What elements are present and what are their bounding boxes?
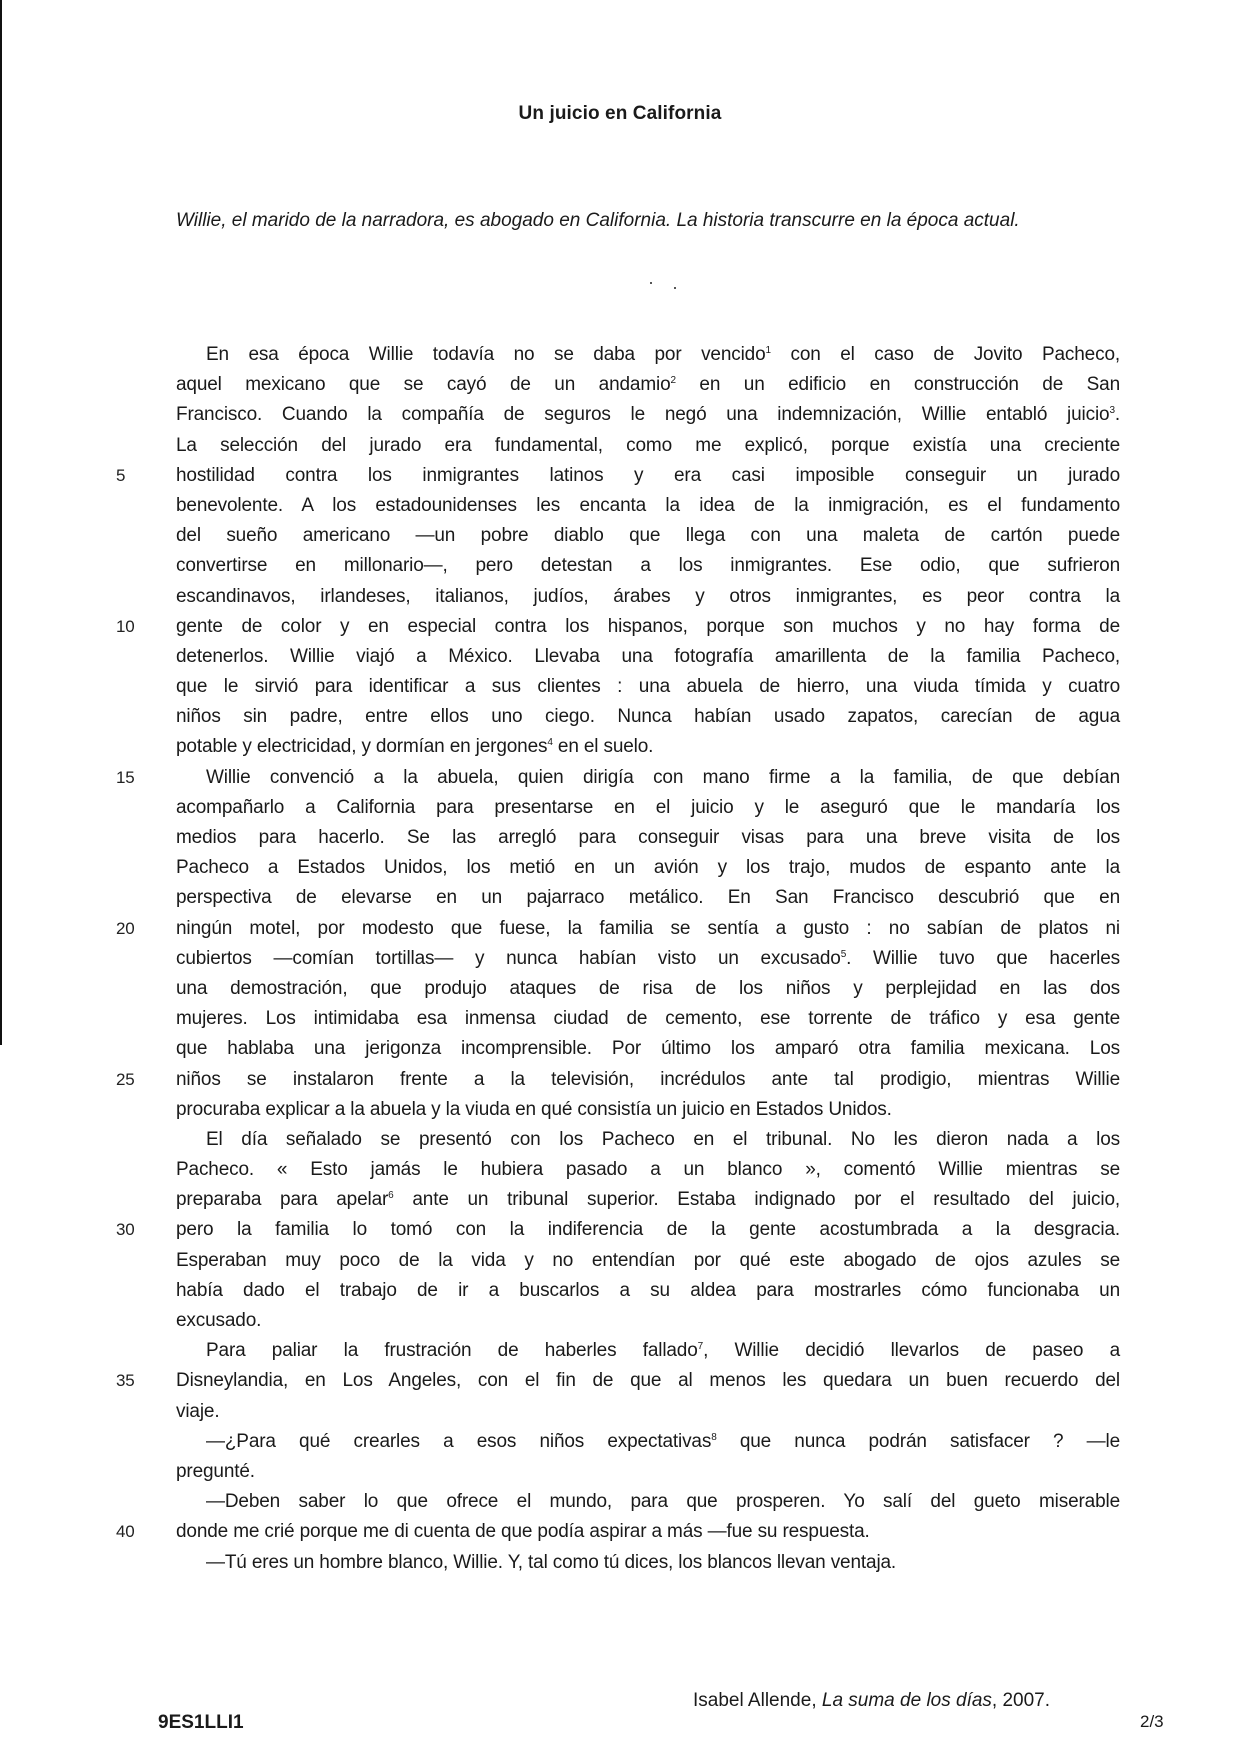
text-segment: pregunté.: [176, 1461, 255, 1482]
text-segment: En esa época Willie todavía no se daba p…: [206, 344, 766, 365]
text-segment: hostilidad contra los inmigrantes latino…: [176, 465, 1120, 486]
text-line: 25niños se instalaron frente a la televi…: [176, 1065, 1120, 1095]
text-line: 35Disneylandia, en Los Angeles, con el f…: [176, 1366, 1120, 1396]
text-line: que hablaba una jerigonza incomprensible…: [176, 1034, 1120, 1064]
text-segment: mujeres. Los intimidaba esa inmensa ciud…: [176, 1008, 1120, 1029]
scan-speck: [674, 287, 676, 289]
text-line: 30pero la familia lo tomó con la indifer…: [176, 1215, 1120, 1245]
text-segment: Pacheco. « Esto jamás le hubiera pasado …: [176, 1159, 1120, 1180]
source-citation: Isabel Allende, La suma de los días, 200…: [693, 1690, 1050, 1712]
text-line: Francisco. Cuando la compañía de seguros…: [176, 400, 1120, 430]
text-segment: gente de color y en especial contra los …: [176, 616, 1120, 637]
text-line: una demostración, que produjo ataques de…: [176, 974, 1120, 1004]
text-segment: perspectiva de elevarse en un pajarraco …: [176, 887, 1120, 908]
intro-paragraph: Willie, el marido de la narradora, es ab…: [176, 206, 1120, 236]
page-number: 2/3: [1140, 1712, 1164, 1732]
text-segment: Pacheco a Estados Unidos, los metió en u…: [176, 857, 1120, 878]
text-line: —Deben saber lo que ofrece el mundo, par…: [176, 1487, 1120, 1517]
source-year: , 2007.: [992, 1690, 1050, 1711]
text-line: Esperaban muy poco de la vida y no enten…: [176, 1246, 1120, 1276]
text-line: —¿Para qué crearles a esos niños expecta…: [176, 1427, 1120, 1457]
text-segment: benevolente. A los estadounidenses les e…: [176, 495, 1120, 516]
text-line: detenerlos. Willie viajó a México. Lleva…: [176, 642, 1120, 672]
text-segment: medios para hacerlo. Se las arregló para…: [176, 827, 1120, 848]
text-segment: que nunca podrán satisfacer ? —le: [717, 1431, 1120, 1452]
text-segment: que hablaba una jerigonza incomprensible…: [176, 1038, 1120, 1059]
text-segment: aquel mexicano que se cayó de un andamio: [176, 374, 671, 395]
text-segment: procuraba explicar a la abuela y la viud…: [176, 1099, 892, 1120]
text-segment: detenerlos. Willie viajó a México. Lleva…: [176, 646, 1120, 667]
text-segment: niños se instalaron frente a la televisi…: [176, 1069, 1120, 1090]
text-segment: excusado.: [176, 1310, 261, 1331]
text-segment: una demostración, que produjo ataques de…: [176, 978, 1120, 999]
document-title: Un juicio en California: [0, 103, 1240, 125]
text-line: 15Willie convenció a la abuela, quien di…: [176, 763, 1120, 793]
text-segment: viaje.: [176, 1401, 219, 1422]
text-line: En esa época Willie todavía no se daba p…: [176, 340, 1120, 370]
text-line: medios para hacerlo. Se las arregló para…: [176, 823, 1120, 853]
line-number: 25: [116, 1065, 146, 1095]
text-line: aquel mexicano que se cayó de un andamio…: [176, 370, 1120, 400]
text-segment: pero la familia lo tomó con la indiferen…: [176, 1219, 1120, 1240]
line-number: 15: [116, 763, 146, 793]
text-line: cubiertos —comían tortillas— y nunca hab…: [176, 944, 1120, 974]
text-line: Pacheco a Estados Unidos, los metió en u…: [176, 853, 1120, 883]
text-segment: La selección del jurado era fundamental,…: [176, 435, 1120, 456]
text-segment: Esperaban muy poco de la vida y no enten…: [176, 1250, 1120, 1271]
text-segment: del sueño americano —un pobre diablo que…: [176, 525, 1120, 546]
text-segment: Francisco. Cuando la compañía de seguros…: [176, 404, 1109, 425]
text-line: que le sirvió para identificar a sus cli…: [176, 672, 1120, 702]
text-line: 5hostilidad contra los inmigrantes latin…: [176, 461, 1120, 491]
text-line: 40donde me crié porque me di cuenta de q…: [176, 1517, 1120, 1547]
text-line: —Tú eres un hombre blanco, Willie. Y, ta…: [176, 1548, 1120, 1578]
text-line: Pacheco. « Esto jamás le hubiera pasado …: [176, 1155, 1120, 1185]
line-number: 40: [116, 1517, 146, 1547]
text-line: potable y electricidad, y dormían en jer…: [176, 732, 1120, 762]
text-segment: . Willie tuvo que hacerles: [846, 948, 1120, 969]
text-segment: niños sin padre, entre ellos uno ciego. …: [176, 706, 1120, 727]
line-number: 30: [116, 1215, 146, 1245]
text-line: acompañarlo a California para presentars…: [176, 793, 1120, 823]
text-segment: .: [1115, 404, 1120, 425]
text-line: 20ningún motel, por modesto que fuese, l…: [176, 914, 1120, 944]
text-segment: con el caso de Jovito Pacheco,: [771, 344, 1120, 365]
text-segment: —Tú eres un hombre blanco, Willie. Y, ta…: [206, 1552, 896, 1573]
text-line: La selección del jurado era fundamental,…: [176, 431, 1120, 461]
text-line: Para paliar la frustración de haberles f…: [176, 1336, 1120, 1366]
body-text: En esa época Willie todavía no se daba p…: [176, 340, 1120, 1578]
text-line: 10gente de color y en especial contra lo…: [176, 612, 1120, 642]
text-line: pregunté.: [176, 1457, 1120, 1487]
text-segment: en un edificio en construcción de San: [676, 374, 1120, 395]
source-title: La suma de los días: [822, 1690, 992, 1711]
text-segment: Disneylandia, en Los Angeles, con el fin…: [176, 1370, 1120, 1391]
line-number: 35: [116, 1366, 146, 1396]
text-segment: convertirse en millonario—, pero detesta…: [176, 555, 1120, 576]
text-segment: , Willie decidió llevarlos de paseo a: [703, 1340, 1120, 1361]
text-segment: —Deben saber lo que ofrece el mundo, par…: [206, 1491, 1120, 1512]
text-line: preparaba para apelar6 ante un tribunal …: [176, 1185, 1120, 1215]
text-segment: había dado el trabajo de ir a buscarlos …: [176, 1280, 1120, 1301]
text-line: excusado.: [176, 1306, 1120, 1336]
text-line: El día señalado se presentó con los Pach…: [176, 1125, 1120, 1155]
text-line: había dado el trabajo de ir a buscarlos …: [176, 1276, 1120, 1306]
text-line: niños sin padre, entre ellos uno ciego. …: [176, 702, 1120, 732]
text-segment: en el suelo.: [553, 736, 654, 757]
line-number: 10: [116, 612, 146, 642]
scan-edge-line: [0, 0, 2, 1045]
line-number: 5: [116, 461, 146, 491]
text-line: benevolente. A los estadounidenses les e…: [176, 491, 1120, 521]
text-segment: que le sirvió para identificar a sus cli…: [176, 676, 1120, 697]
text-line: perspectiva de elevarse en un pajarraco …: [176, 883, 1120, 913]
text-segment: —¿Para qué crearles a esos niños expecta…: [206, 1431, 711, 1452]
line-number: 20: [116, 914, 146, 944]
text-segment: acompañarlo a California para presentars…: [176, 797, 1120, 818]
text-segment: ningún motel, por modesto que fuese, la …: [176, 918, 1120, 939]
text-line: mujeres. Los intimidaba esa inmensa ciud…: [176, 1004, 1120, 1034]
text-line: del sueño americano —un pobre diablo que…: [176, 521, 1120, 551]
text-segment: Para paliar la frustración de haberles f…: [206, 1340, 698, 1361]
text-segment: donde me crié porque me di cuenta de que…: [176, 1521, 870, 1542]
text-line: procuraba explicar a la abuela y la viud…: [176, 1095, 1120, 1125]
text-segment: preparaba para apelar: [176, 1189, 388, 1210]
source-author: Isabel Allende,: [693, 1690, 822, 1711]
text-line: convertirse en millonario—, pero detesta…: [176, 551, 1120, 581]
text-segment: cubiertos —comían tortillas— y nunca hab…: [176, 948, 841, 969]
text-line: escandinavos, irlandeses, italianos, jud…: [176, 582, 1120, 612]
text-segment: ante un tribunal superior. Estaba indign…: [394, 1189, 1120, 1210]
exam-code: 9ES1LLI1: [158, 1712, 244, 1734]
text-segment: escandinavos, irlandeses, italianos, jud…: [176, 586, 1120, 607]
text-line: viaje.: [176, 1397, 1120, 1427]
scan-speck: [650, 282, 652, 284]
text-segment: potable y electricidad, y dormían en jer…: [176, 736, 547, 757]
text-segment: Willie convenció a la abuela, quien diri…: [206, 767, 1120, 788]
text-segment: El día señalado se presentó con los Pach…: [206, 1129, 1120, 1150]
